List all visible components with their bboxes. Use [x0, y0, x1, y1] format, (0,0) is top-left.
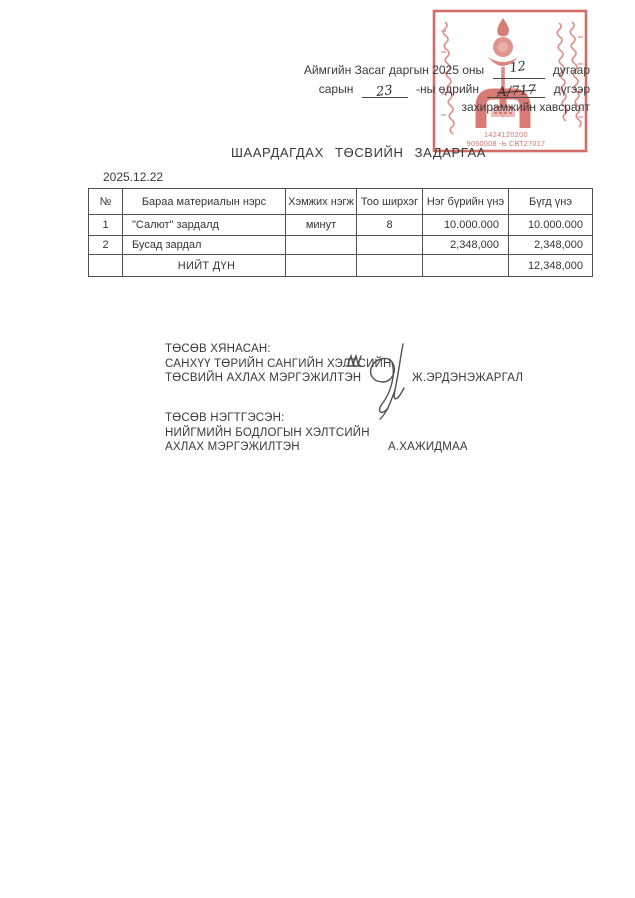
decree-line-3: захирамжийн хавсралт — [304, 98, 590, 117]
approver-name: А.ХАЖИДМАА — [388, 440, 468, 455]
table-row: 1 "Салют" зардалд минут 8 10.000.000 10.… — [89, 215, 593, 236]
handwritten-decree-number: А/717 — [497, 84, 537, 99]
decree-line2-middle: -ны өдрийн — [416, 82, 479, 96]
scanned-document-page: 1424120200 9050008 -Ь СВТ27017 Аймгийн З… — [0, 0, 635, 898]
approver-name: Ж.ЭРДЭНЭЖАРГАЛ — [412, 371, 523, 386]
handwritten-day: 23 — [376, 85, 394, 99]
row1-quantity: 8 — [357, 215, 423, 236]
row2-total: 2,348,000 — [509, 236, 593, 255]
decree-line1-suffix: дугаар — [553, 63, 590, 77]
approval-consolidated-department: НИЙГМИЙН БОДЛОГЫН ХЭЛТСИЙН — [165, 426, 545, 441]
row1-item-name: "Салют" зардалд — [123, 215, 286, 236]
col-header-unit: Хэмжих нэгж — [286, 189, 357, 215]
approval-reviewed-position: ТӨСВИЙН АХЛАХ МЭРГЭЖИЛТЭН — [165, 372, 361, 384]
empty-cell — [423, 255, 509, 277]
row1-total: 10.000.000 — [509, 215, 593, 236]
col-header-number: № — [89, 189, 123, 215]
decree-line2-text: сарын — [319, 82, 354, 96]
decree-reference: Аймгийн Засаг даргын 2025 оны 12 дугаар … — [304, 61, 590, 117]
decree-line-2: сарын 23 -ны өдрийн А/717 дүгээр — [304, 80, 590, 99]
document-date: 2025.12.22 — [103, 170, 163, 184]
total-label: НИЙТ ДҮН — [123, 255, 286, 277]
empty-cell — [286, 255, 357, 277]
col-header-total-price: Бүгд үнэ — [509, 189, 593, 215]
row2-item-name: Бусад зардал — [123, 236, 286, 255]
row2-number: 2 — [89, 236, 123, 255]
table-row: 2 Бусад зардал 2,348,000 2,348,000 — [89, 236, 593, 255]
approval-consolidated-position-line: АХЛАХ МЭРГЭЖИЛТЭН А.ХАЖИДМАА — [165, 440, 545, 455]
handwritten-decree-number-field: А/717 — [487, 82, 545, 98]
handwritten-day-field: 23 — [362, 82, 408, 98]
stamp-registration-number: 1424120200 — [484, 130, 528, 139]
approval-consolidated-position: АХЛАХ МЭРГЭЖИЛТЭН — [165, 441, 300, 453]
empty-cell — [357, 255, 423, 277]
table-header-row: № Бараа материалын нэрс Хэмжих нэгж Тоо … — [89, 189, 593, 215]
decree-line2-suffix: дүгээр — [554, 82, 590, 96]
col-header-quantity: Тоо ширхэг — [357, 189, 423, 215]
col-header-item-name: Бараа материалын нэрс — [123, 189, 286, 215]
signature-scribble-icon — [340, 342, 420, 422]
row1-unit-price: 10.000.000 — [423, 215, 509, 236]
decree-line-1: Аймгийн Засаг даргын 2025 оны 12 дугаар — [304, 61, 590, 80]
row2-unit-price: 2,348,000 — [423, 236, 509, 255]
empty-cell — [89, 255, 123, 277]
row1-unit: минут — [286, 215, 357, 236]
col-header-unit-price: Нэг бүрийн үнэ — [423, 189, 509, 215]
handwritten-month: 12 — [509, 61, 527, 75]
grand-total-value: 12,348,000 — [509, 255, 593, 277]
decree-line1-text: Аймгийн Засаг даргын 2025 оны — [304, 63, 484, 77]
table-total-row: НИЙТ ДҮН 12,348,000 — [89, 255, 593, 277]
row1-number: 1 — [89, 215, 123, 236]
row2-unit — [286, 236, 357, 255]
budget-table: № Бараа материалын нэрс Хэмжих нэгж Тоо … — [88, 188, 593, 277]
row2-quantity — [357, 236, 423, 255]
handwritten-month-field: 12 — [493, 63, 545, 79]
document-title: ШААРДАГДАХ ТӨСВИЙН ЗАДАРГАА — [231, 145, 486, 160]
